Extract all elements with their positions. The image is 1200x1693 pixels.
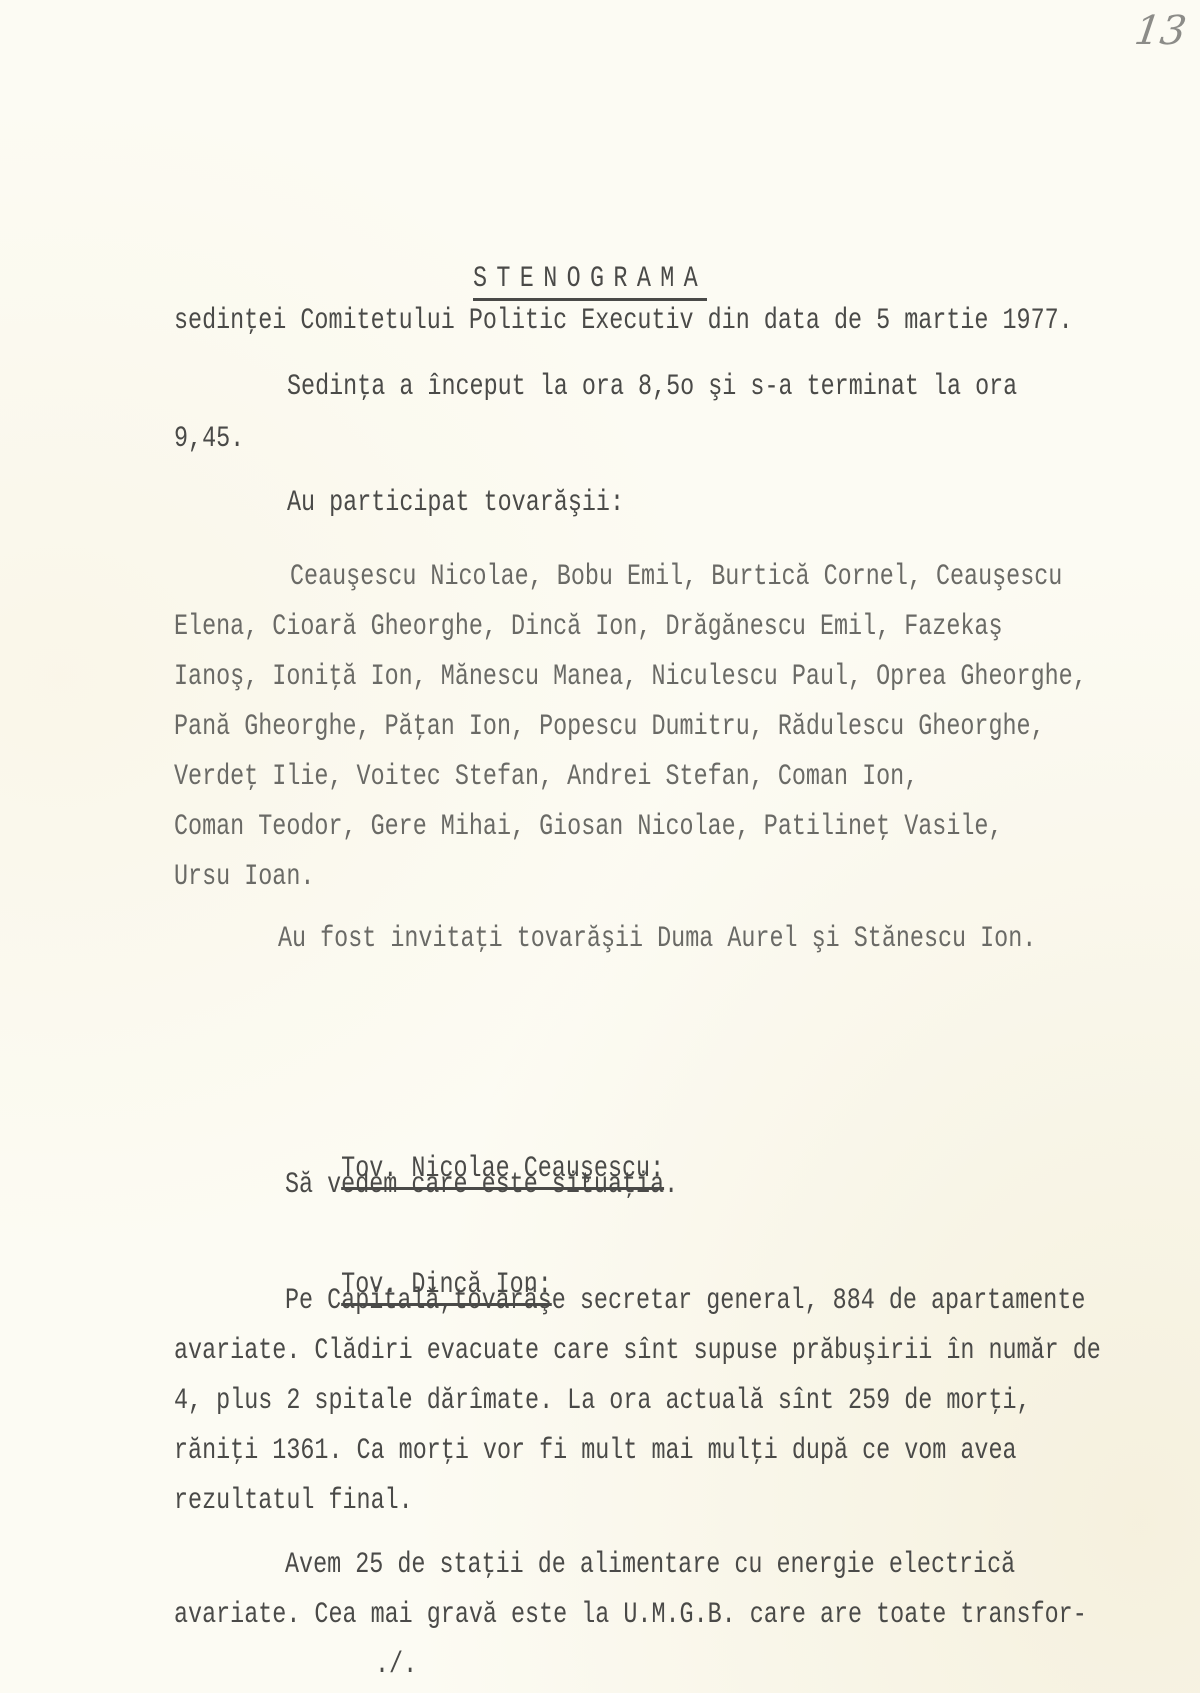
continuation-mark: ./. (375, 1648, 417, 1682)
speech-line: Pe Capitală,tovarăşe secretar general, 8… (285, 1284, 1085, 1318)
participants-line: Elena, Cioară Gheorghe, Dincă Ion, Drăgă… (174, 610, 1003, 644)
speech-line: 4, plus 2 spitale dărîmate. La ora actua… (174, 1384, 1031, 1418)
document-subtitle: sedinţei Comitetului Politic Executiv di… (174, 304, 1073, 338)
participants-heading: Au participat tovarăşii: (287, 486, 624, 520)
opening-line-2: 9,45. (174, 422, 244, 456)
invited-line: Au fost invitaţi tovarăşii Duma Aurel şi… (278, 922, 1036, 956)
speech-line: rezultatul final. (174, 1484, 413, 1518)
speech-line: avariate. Clădiri evacuate care sînt sup… (174, 1334, 1101, 1368)
participants-line: Ursu Ioan. (174, 860, 314, 894)
speech-line: Să vedem care este situaţia. (285, 1168, 678, 1202)
document-page: 13 STENOGRAMA sedinţei Comitetului Polit… (0, 0, 1200, 1693)
participants-line: Coman Teodor, Gere Mihai, Giosan Nicolae… (174, 810, 1003, 844)
speech-line: Avem 25 de staţii de alimentare cu energ… (285, 1548, 1015, 1582)
participants-line: Verdeţ Ilie, Voitec Stefan, Andrei Stefa… (174, 760, 918, 794)
opening-line-1: Sedinţa a început la ora 8,5o şi s-a ter… (287, 370, 1017, 404)
document-title: STENOGRAMA (473, 262, 707, 301)
speech-line: răniţi 1361. Ca morţi vor fi mult mai mu… (174, 1434, 1017, 1468)
participants-line: Ceauşescu Nicolae, Bobu Emil, Burtică Co… (290, 560, 1062, 594)
participants-line: Ianoş, Ioniţă Ion, Mănescu Manea, Nicule… (174, 660, 1087, 694)
speech-line: avariate. Cea mai gravă este la U.M.G.B.… (174, 1598, 1087, 1632)
handwritten-page-number: 13 (1132, 8, 1189, 54)
participants-line: Pană Gheorghe, Păţan Ion, Popescu Dumitr… (174, 710, 1045, 744)
